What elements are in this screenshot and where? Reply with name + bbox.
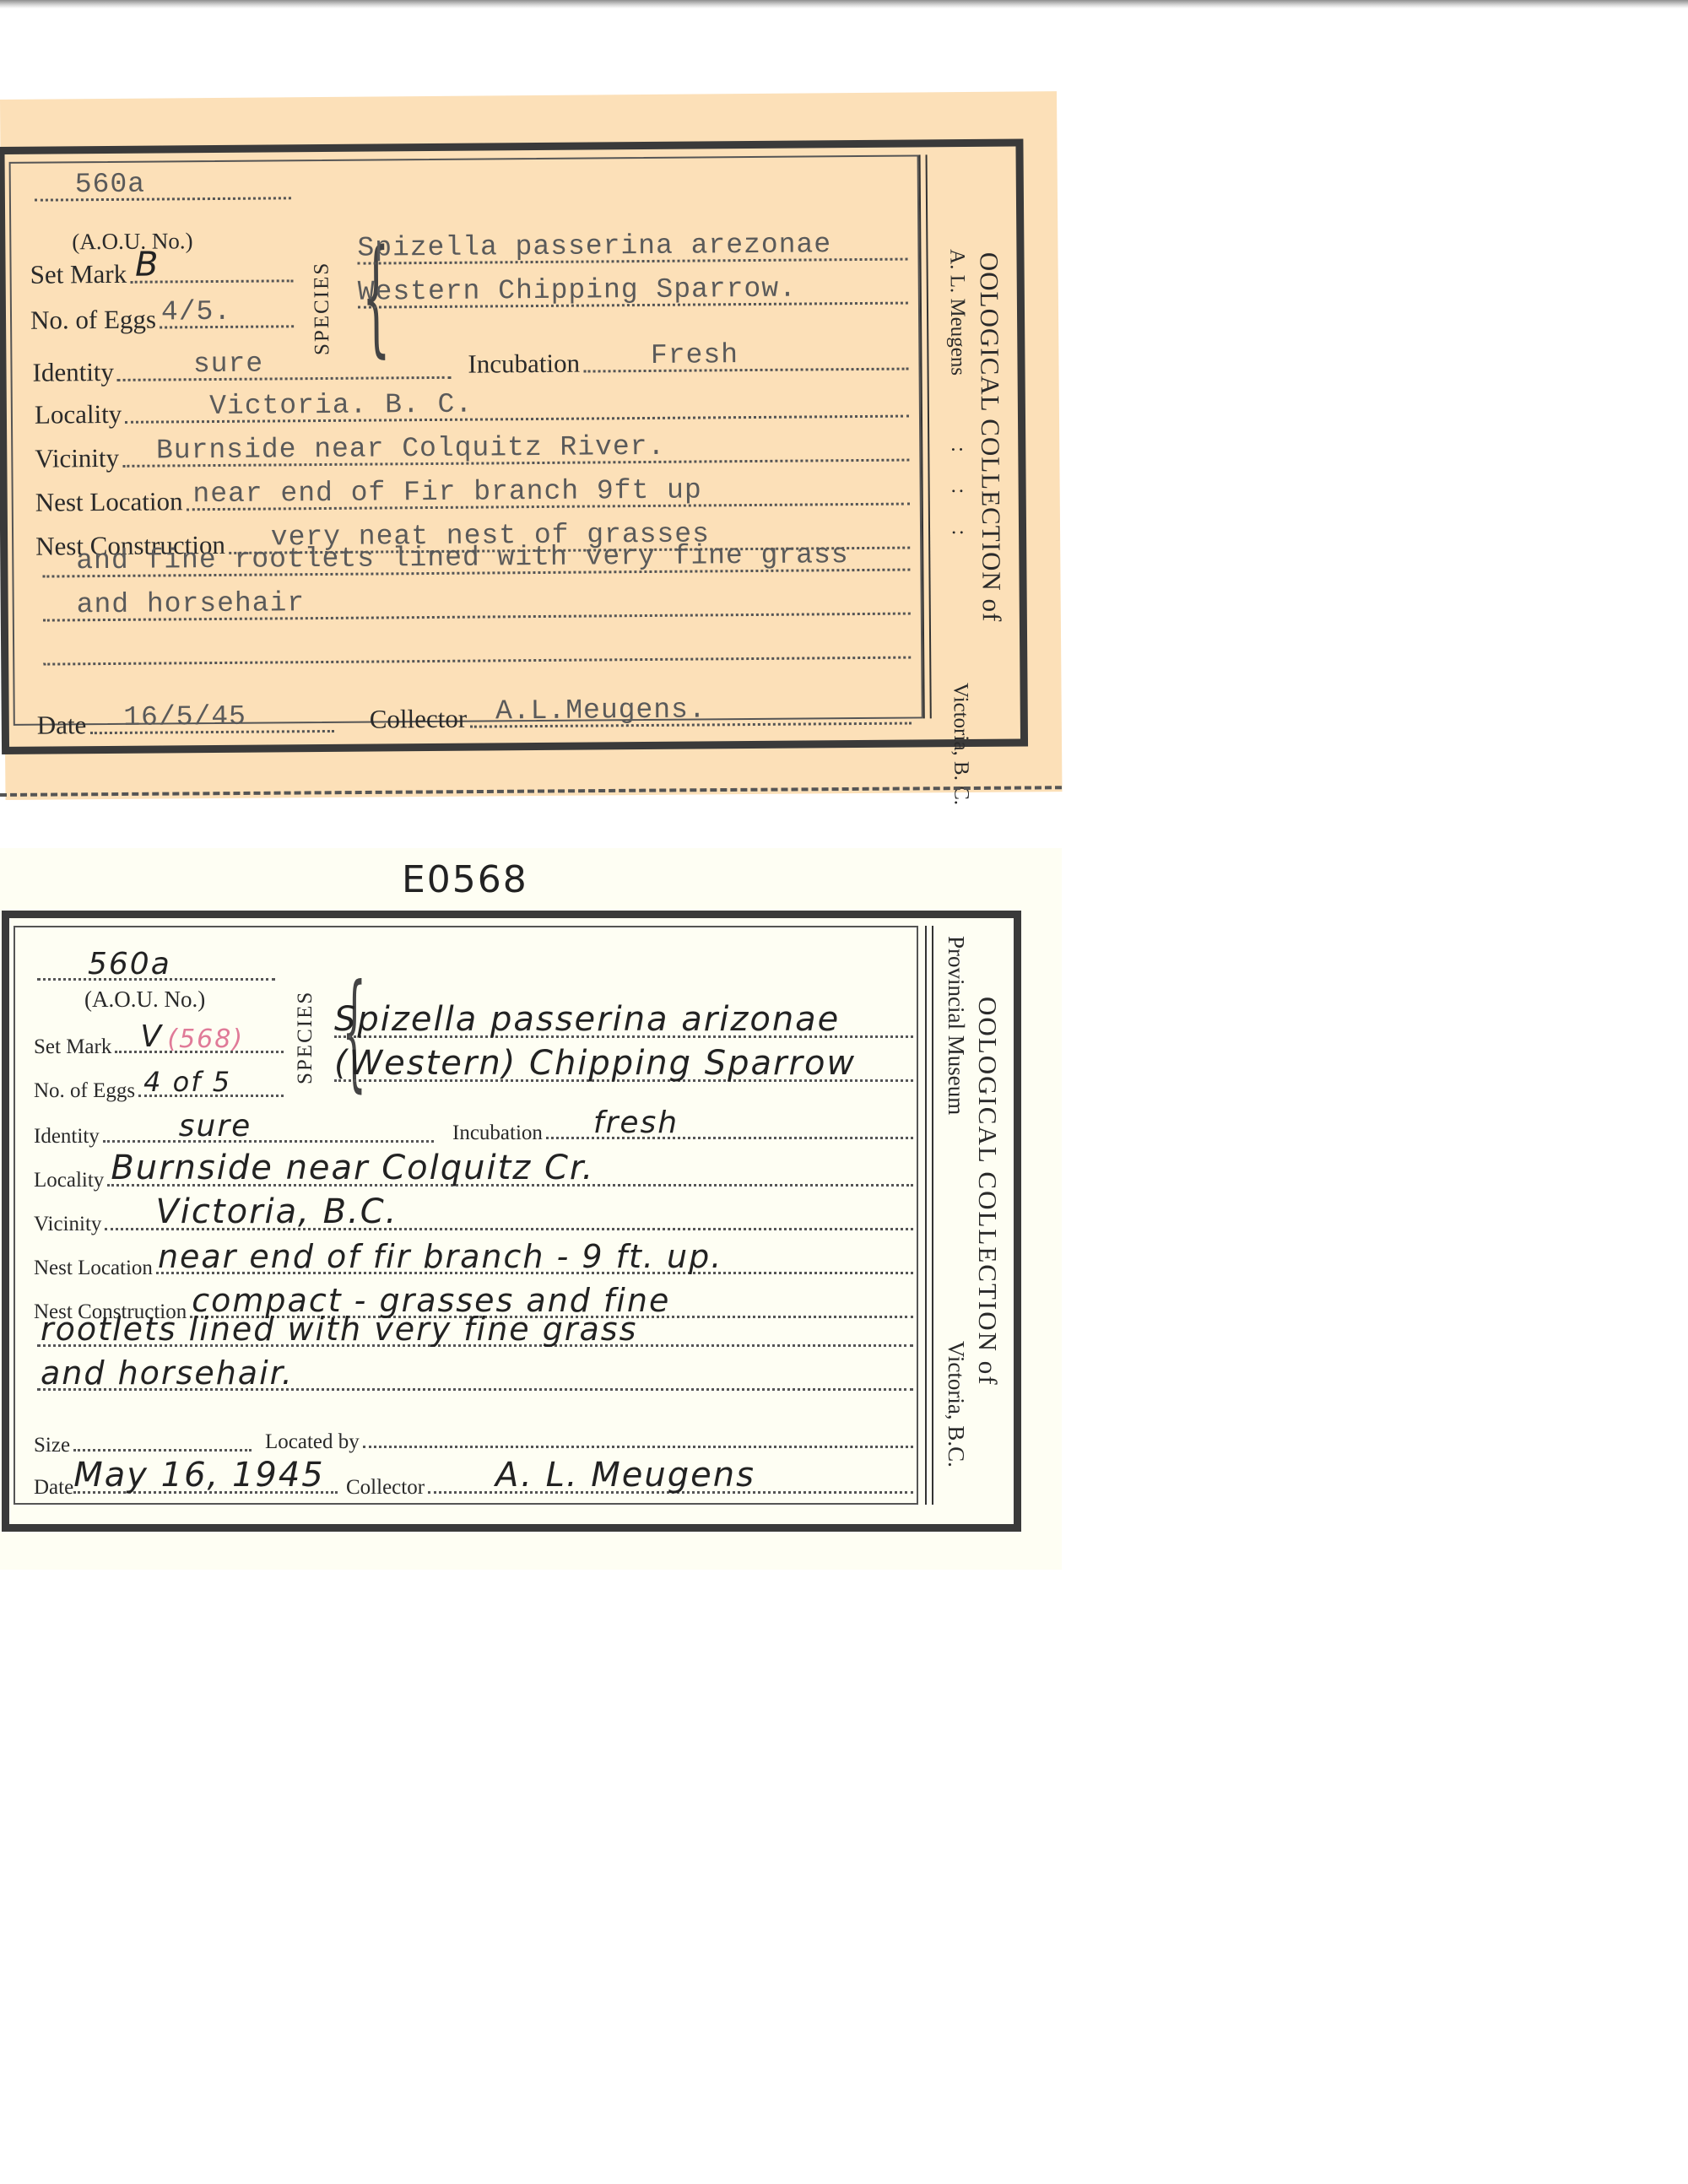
date-line: 16/5/45 [89, 730, 333, 734]
nest-construction-value-2: and fine rootlets lined with very fine g… [76, 539, 849, 576]
incubation-line: fresh [546, 1137, 913, 1139]
date-value: 16/5/45 [123, 701, 246, 733]
size-field: Size [34, 1434, 255, 1457]
eggs-value: 4/5. [161, 296, 232, 328]
set-mark-line: V (568) [115, 1051, 284, 1053]
incubation-value: fresh [593, 1106, 679, 1140]
aou-caption: (A.O.U. No.) [84, 987, 205, 1013]
set-mark-label: Set Mark [30, 259, 127, 290]
locality-line: Burnside near Colquitz Cr. [107, 1184, 913, 1187]
size-label: Size [34, 1434, 70, 1457]
collector-label: Collector [370, 704, 468, 735]
date-line: May 16, 1945 [73, 1491, 338, 1494]
aou-value: 560a [88, 947, 171, 981]
species-line-2: Western Chipping Sparrow. [358, 302, 908, 309]
nest-construction-value-3: and horsehair. [41, 1354, 294, 1392]
date-field: Date May 16, 1945 [34, 1476, 341, 1500]
set-mark-label: Set Mark [34, 1035, 111, 1059]
identity-value: sure [193, 349, 264, 381]
aou-field: 560a [34, 978, 279, 987]
species-label: SPECIES [311, 262, 335, 355]
species-common: (Western) Chipping Sparrow [334, 1044, 856, 1083]
eggs-field: No. of Eggs 4/5. [30, 303, 297, 335]
set-mark-annotation: (568) [167, 1024, 244, 1054]
nest-location-line: near end of Fir branch 9ft up [187, 503, 910, 511]
species-scientific: Spizella passerina arizonae [334, 1000, 840, 1039]
locality-line: Victoria. B. C. [125, 415, 909, 424]
incubation-field: Incubation Fresh [468, 346, 912, 380]
catalog-number: E0568 [402, 858, 528, 901]
data-card-typed: OOLOGICAL COLLECTION of A. L. Meugens : … [0, 91, 1062, 800]
nest-location-line: near end of fir branch - 9 ft. up. [156, 1272, 913, 1274]
set-mark-field: Set Mark V (568) [34, 1035, 287, 1059]
set-mark-value: B [135, 246, 160, 284]
incubation-field: Incubation fresh [452, 1122, 917, 1145]
vicinity-line: Burnside near Colquitz River. [122, 459, 909, 468]
collection-owner: Provincial Museum [943, 936, 969, 1115]
eggs-line: 4 of 5 [138, 1095, 284, 1097]
eggs-label: No. of Eggs [30, 305, 156, 336]
size-line [73, 1449, 252, 1451]
incubation-label: Incubation [468, 349, 580, 380]
aou-value: 560a [75, 169, 146, 201]
collector-value: A.L.Meugens. [495, 694, 706, 727]
set-mark-line: B [130, 279, 294, 284]
species-line-1: Spizella passerina arezonae [358, 258, 908, 265]
nest-location-field: Nest Location near end of fir branch - 9… [34, 1257, 917, 1280]
vicinity-value: Victoria, B.C. [155, 1192, 398, 1231]
eggs-field: No. of Eggs 4 of 5 [34, 1079, 287, 1103]
aou-line: 560a [37, 978, 275, 981]
eggs-label: No. of Eggs [34, 1079, 135, 1103]
eggs-line: 4/5. [160, 325, 294, 328]
species-line-1: Spizella passerina arizonae [334, 1035, 913, 1038]
vicinity-value: Burnside near Colquitz River. [156, 431, 666, 467]
vicinity-label: Vicinity [35, 443, 119, 474]
nest-construction-cont-2: and horsehair. [34, 1388, 917, 1397]
species-label: SPECIES [294, 991, 317, 1084]
nest-location-value: near end of fir branch - 9 ft. up. [158, 1238, 722, 1275]
collector-line: A.L.Meugens. [470, 722, 912, 728]
scanner-edge [0, 0, 1688, 8]
locality-label: Locality [35, 399, 122, 430]
collector-value: A. L. Meugens [495, 1456, 755, 1495]
locality-value: Victoria. B. C. [209, 389, 473, 422]
locality-field: Locality Burnside near Colquitz Cr. [34, 1169, 917, 1192]
nest-construction-line-3: and horsehair. [37, 1388, 913, 1391]
nest-location-label: Nest Location [34, 1257, 153, 1280]
owner-separators: : : : [946, 446, 971, 551]
identity-label: Identity [34, 1125, 100, 1149]
nest-construction-cont-1: rootlets lined with very fine grass [34, 1344, 917, 1353]
species-scientific: Spizella passerina arezonae [357, 229, 831, 263]
collection-place: Victoria, B.C. [943, 1341, 969, 1468]
identity-line: sure [103, 1140, 434, 1143]
identity-label: Identity [32, 357, 114, 388]
nest-location-label: Nest Location [35, 486, 183, 517]
eggs-value: 4 of 5 [143, 1066, 231, 1098]
located-by-label: Located by [265, 1430, 360, 1454]
aou-caption: (A.O.U. No.) [72, 228, 192, 255]
vicinity-line: Victoria, B.C. [105, 1228, 913, 1230]
identity-field: Identity sure [34, 1125, 437, 1149]
date-label: Date [34, 1476, 73, 1500]
located-by-line [363, 1446, 913, 1448]
species-common-field: (Western) Chipping Sparrow [331, 1079, 917, 1088]
collector-field: Collector A.L.Meugens. [370, 700, 915, 735]
nest-location-value: near end of Fir branch 9ft up [192, 474, 702, 510]
vicinity-label: Vicinity [34, 1213, 101, 1236]
identity-field: Identity sure [32, 354, 454, 388]
nest-construction-value-2: rootlets lined with very fine grass [41, 1311, 637, 1348]
species-line-2: (Western) Chipping Sparrow [334, 1079, 913, 1082]
locality-label: Locality [34, 1169, 104, 1192]
side-divider [925, 926, 933, 1505]
set-mark-field: Set Mark B [30, 257, 296, 289]
incubation-line: Fresh [583, 368, 908, 373]
vicinity-field: Vicinity Victoria, B.C. [34, 1213, 917, 1236]
collection-title: OOLOGICAL COLLECTION of [972, 997, 1003, 1387]
locality-value: Burnside near Colquitz Cr. [111, 1149, 594, 1187]
collector-field: Collector A. L. Meugens [346, 1476, 917, 1500]
collector-line: A. L. Meugens [428, 1491, 913, 1494]
date-field: Date 16/5/45 [37, 708, 338, 741]
date-label: Date [37, 710, 87, 740]
collector-label: Collector [346, 1476, 425, 1500]
identity-value: sure [179, 1109, 252, 1143]
collection-owner: A. L. Meugens [944, 249, 969, 376]
data-card-handwritten: E0568 OOLOGICAL COLLECTION of Provincial… [0, 848, 1062, 1570]
set-mark-value: V [140, 1019, 163, 1054]
date-value: May 16, 1945 [73, 1456, 325, 1495]
identity-line: sure [117, 376, 452, 381]
species-common: Western Chipping Sparrow. [358, 273, 797, 308]
located-by-field: Located by [265, 1430, 917, 1454]
nest-construction-line-2: and fine rootlets lined with very fine g… [42, 569, 910, 578]
nest-construction-line-2: rootlets lined with very fine grass [37, 1344, 913, 1347]
nest-construction-value-3: and horsehair [77, 587, 306, 620]
collection-title: OOLOGICAL COLLECTION of [973, 252, 1006, 623]
species-scientific-field: Spizella passerina arizonae [331, 1035, 917, 1044]
incubation-value: Fresh [651, 339, 738, 371]
incubation-label: Incubation [452, 1122, 543, 1145]
